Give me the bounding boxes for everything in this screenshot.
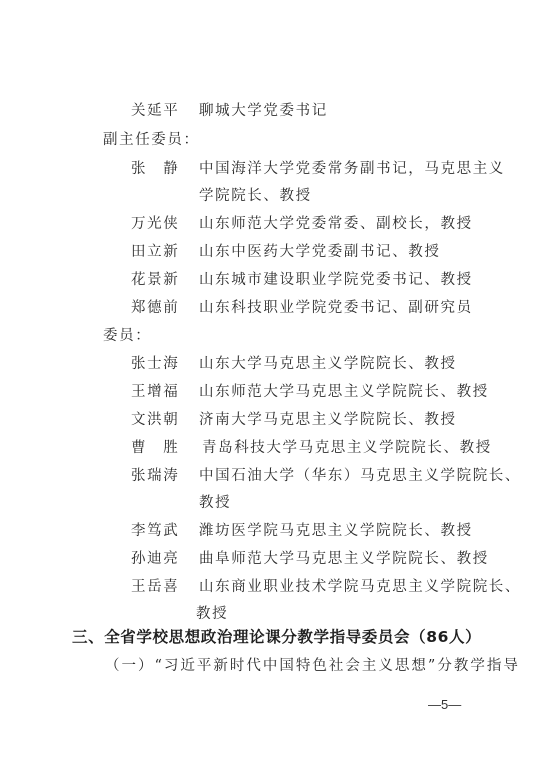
member-name: 曹 胜 (131, 438, 179, 458)
member-title: 山东科技职业学院党委书记、副研究员 (199, 298, 473, 318)
member-title: 中国石油大学（华东）马克思主义学院院长、 (199, 466, 521, 486)
member-title: 山东师范大学马克思主义学院院长、教授 (199, 382, 489, 402)
member-title-continued: 教授 (196, 604, 228, 624)
member-name: 孙迪亮 (131, 549, 179, 569)
member-title: 济南大学马克思主义学院院长、教授 (199, 410, 457, 430)
role-label-vice-chair: 副主任委员： (103, 130, 200, 150)
member-name: 郑德前 (131, 298, 179, 318)
member-title: 山东师范大学党委常委、副校长，教授 (199, 214, 473, 234)
document-page: 关延平 聊城大学党委书记 副主任委员： 张 静 中国海洋大学党委常务副书记，马克… (0, 0, 554, 783)
member-name: 王增福 (131, 382, 179, 402)
member-name: 王岳喜 (131, 577, 179, 597)
member-name: 文洪朝 (131, 410, 179, 430)
member-name: 万光侠 (131, 214, 179, 234)
member-title: 潍坊医学院马克思主义学院院长、教授 (199, 521, 473, 541)
member-title: 山东大学马克思主义学院院长、教授 (199, 354, 457, 374)
page-number: —5— (428, 697, 461, 712)
member-title: 中国海洋大学党委常务副书记，马克思主义 (199, 159, 505, 179)
member-title: 曲阜师范大学马克思主义学院院长、教授 (199, 549, 489, 569)
member-name: 花景新 (131, 270, 179, 290)
member-title: 山东商业职业技术学院马克思主义学院院长、 (199, 577, 521, 597)
member-name: 田立新 (131, 242, 179, 262)
member-title-continued: 教授 (199, 493, 231, 513)
role-label-members: 委员： (103, 326, 151, 346)
member-name: 关延平 (131, 101, 179, 121)
member-name: 李笃武 (131, 521, 179, 541)
section-heading: 三、全省学校思想政治理论课分教学指导委员会（86人） (72, 625, 481, 647)
member-title: 山东城市建设职业学院党委书记、教授 (199, 270, 473, 290)
member-title: 青岛科技大学马克思主义学院院长、教授 (202, 438, 492, 458)
member-title-continued: 学院院长、教授 (199, 186, 312, 206)
subsection-heading: （一）“习近平新时代中国特色社会主义思想”分教学指导 (105, 654, 520, 675)
member-title: 聊城大学党委书记 (199, 101, 328, 121)
member-name: 张士海 (131, 354, 179, 374)
member-name: 张 静 (131, 159, 179, 179)
member-title: 山东中医药大学党委副书记、教授 (199, 242, 441, 262)
member-name: 张瑞涛 (131, 466, 179, 486)
